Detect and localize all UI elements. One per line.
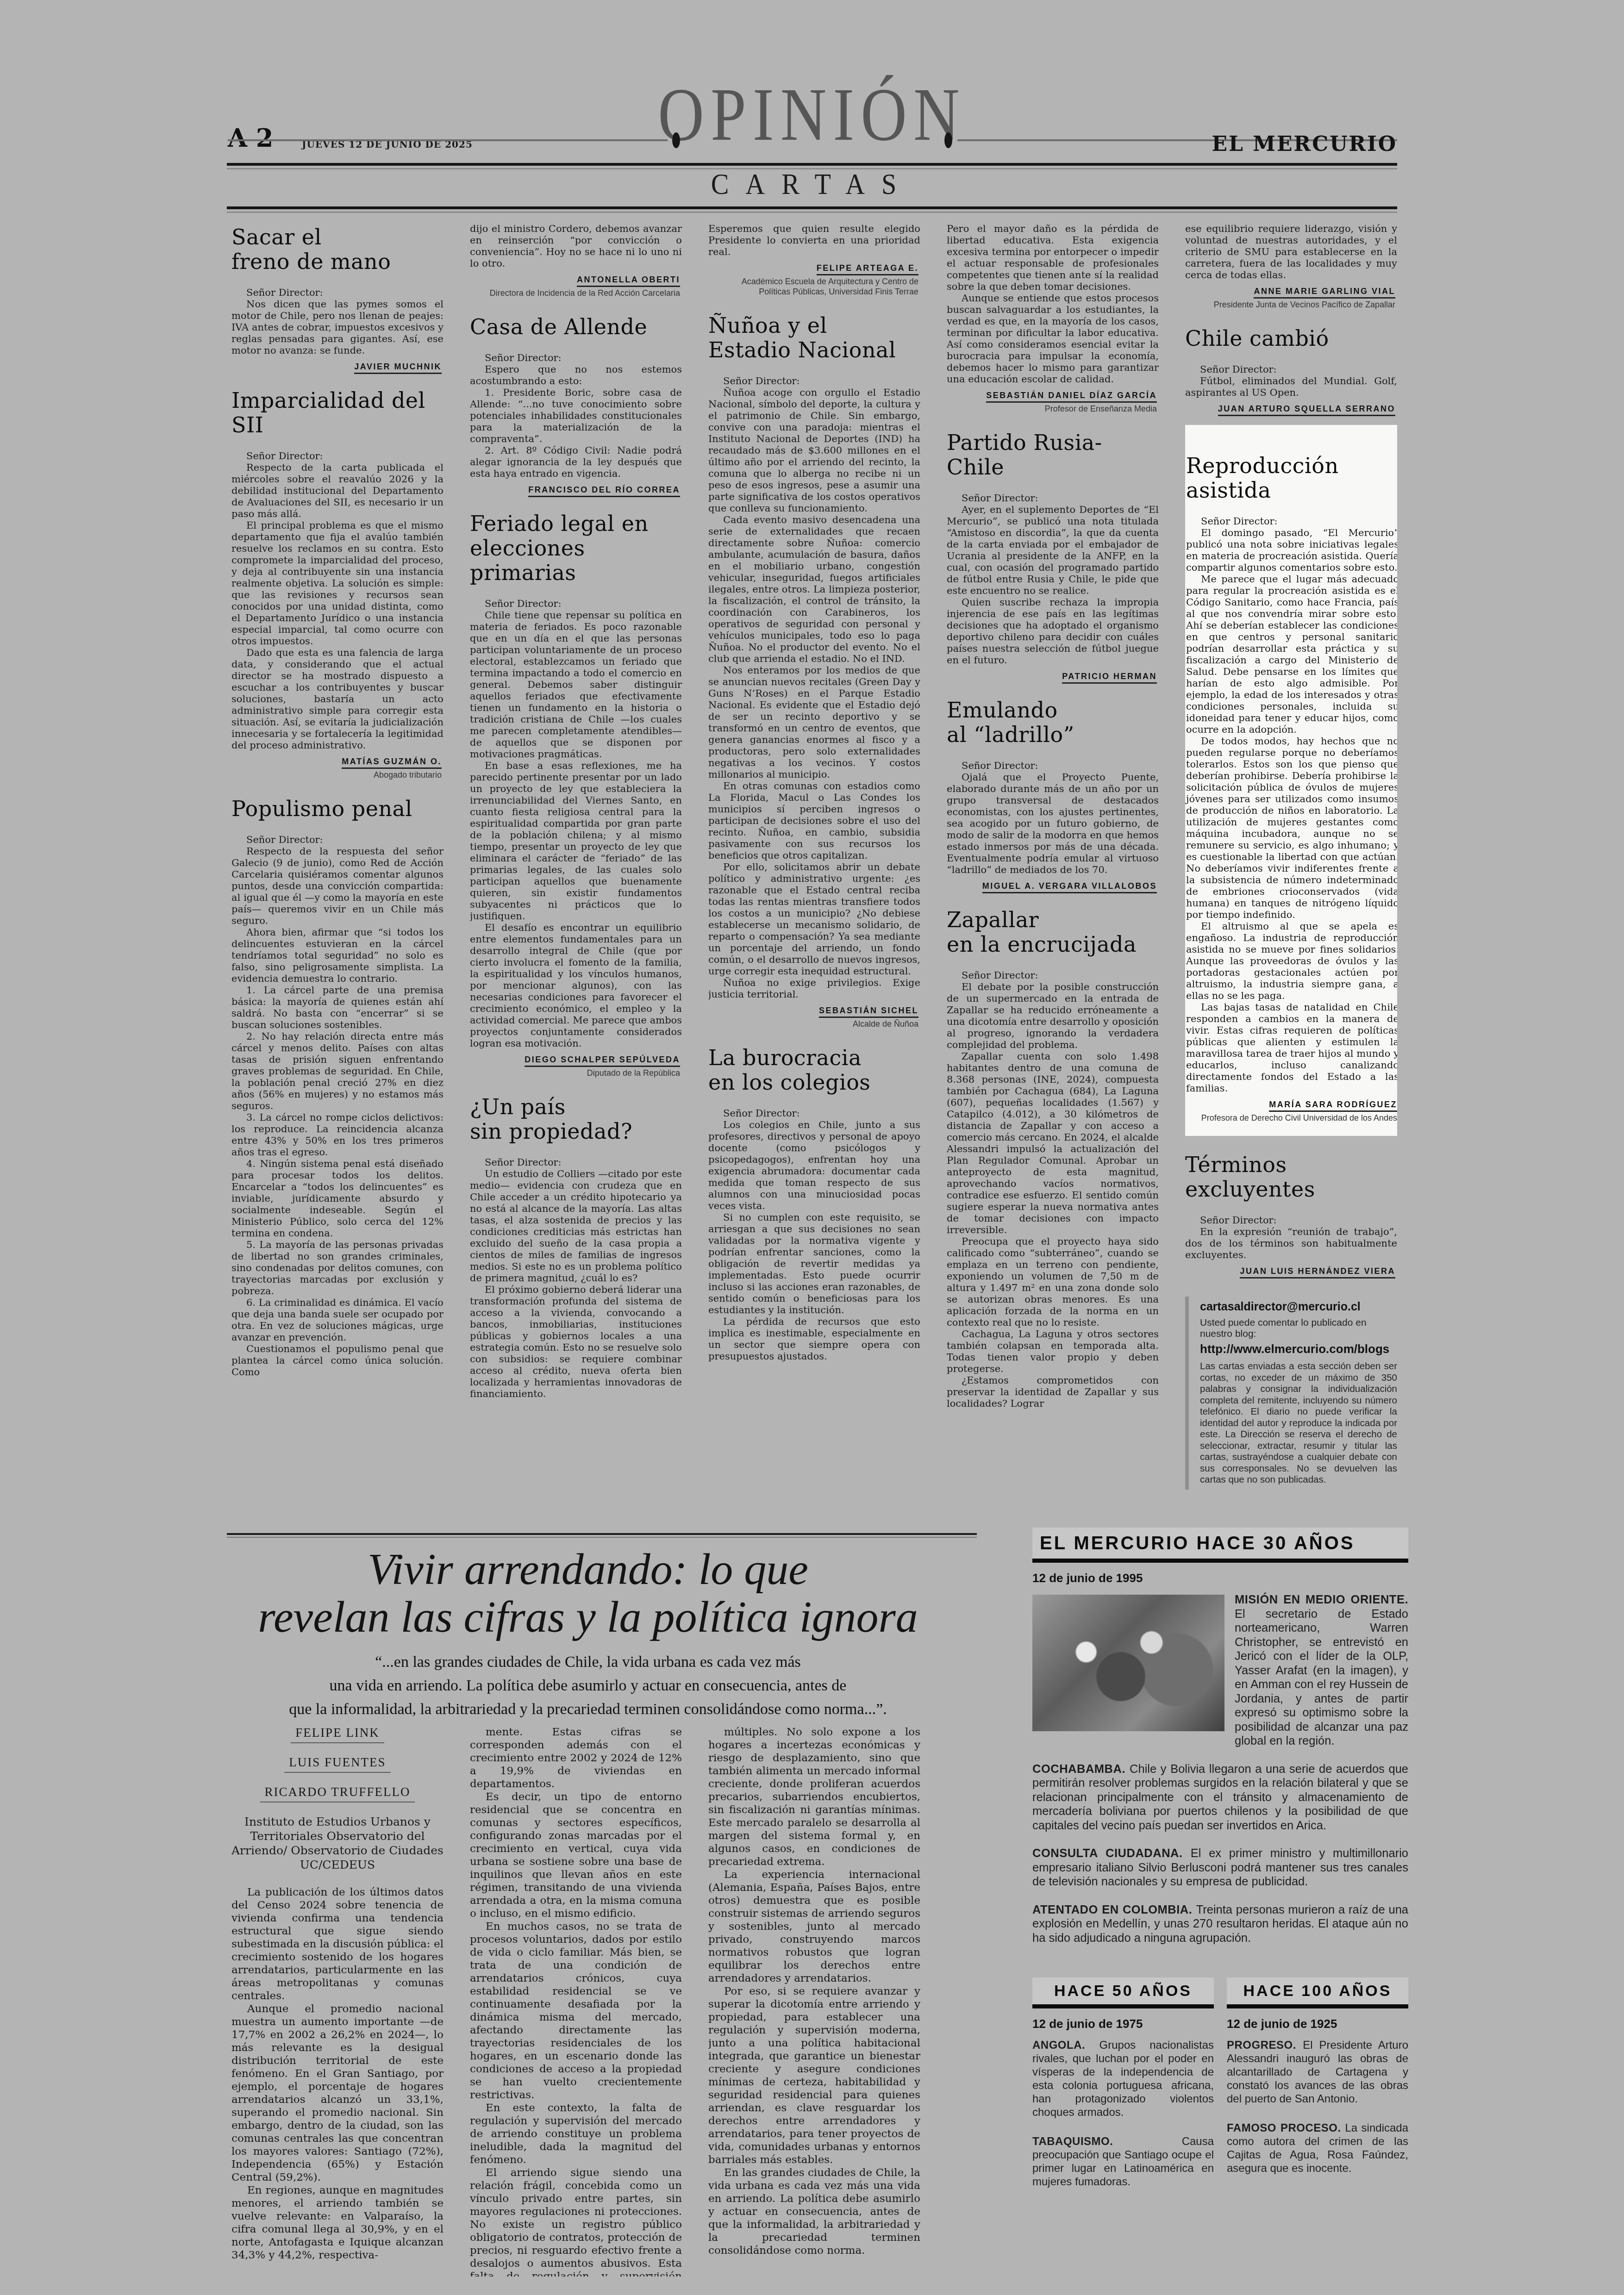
letter-paragraph: Ahora bien, afirmar que “si todos los de… [231, 927, 443, 985]
letter-continuation: Pero el mayor daño es la pérdida de libe… [947, 223, 1159, 414]
signature-name: PATRICIO HERMAN [1062, 672, 1157, 684]
signature-name: JAVIER MUCHNIK [354, 362, 442, 374]
signature-name: MIGUEL A. VERGARA VILLALOBOS [982, 881, 1157, 893]
feature-paragraph: Es decir, un tipo de entorno residencial… [470, 1790, 682, 1920]
feature-paragraph: mente. Estas cifras se corresponden adem… [470, 1726, 682, 1790]
letter-paragraph: Aunque se entiende que estos procesos bu… [947, 293, 1159, 385]
archive-entry-tag: FAMOSO PROCESO. [1227, 2122, 1345, 2134]
feature-divider-rule [227, 1533, 977, 1538]
signature: PATRICIO HERMAN [947, 672, 1157, 681]
letter-paragraph: Señor Director: [947, 760, 1159, 772]
letter: Populismo penalSeñor Director:Respecto d… [231, 797, 443, 1378]
archive-box-100-years: HACE 100 AÑOS 12 de junio de 1925 PROGRE… [1227, 1977, 1408, 2283]
signature: MIGUEL A. VERGARA VILLALOBOS [947, 881, 1157, 891]
letter: ¿Un paíssin propiedad?Señor Director:Un … [470, 1095, 682, 1400]
feature-paragraph: La publicación de los últimos datos del … [231, 1886, 443, 2002]
divider-rule [227, 206, 1397, 213]
archive-entry: PROGRESO. El Presidente Arturo Alessandr… [1227, 2039, 1408, 2106]
letter-paragraph: ¿Estamos comprometidos con preservar la … [947, 1375, 1159, 1409]
archive-entry-tag: TABAQUISMO. [1032, 2135, 1182, 2148]
archive-box-30-header: EL MERCURIO HACE 30 AÑOS [1032, 1528, 1408, 1563]
letters-column-2: dijo el ministro Cordero, debemos avanza… [470, 223, 682, 1525]
signature-role: Profesora de Derecho Civil Universidad d… [1186, 1113, 1397, 1123]
letter-paragraph: Los colegios en Chile, junto a sus profe… [708, 1119, 920, 1212]
archive-box-100-date: 12 de junio de 1925 [1227, 2017, 1408, 2031]
letter-paragraph: Si no cumplen con este requisito, se arr… [708, 1212, 920, 1316]
letter: Casa de AllendeSeñor Director:Espero que… [470, 315, 682, 495]
signature-role: Académico Escuela de Arquitectura y Cent… [708, 276, 918, 297]
letter-paragraph: Respecto de la carta publicada el miérco… [231, 462, 443, 520]
feature-author-name: FELIPE LINK [291, 1726, 384, 1743]
letter-paragraph: Cuestionamos el populismo penal que plan… [231, 1343, 443, 1378]
letter-paragraph: En otras comunas con estadios como La Fl… [708, 780, 920, 861]
signature-name: FRANCISCO DEL RÍO CORREA [528, 485, 680, 497]
letter-title: Sacar elfreno de mano [231, 225, 443, 274]
letter-paragraph: Ojalá que el Proyecto Puente, elaborado … [947, 772, 1159, 876]
letters-column-1: Sacar elfreno de manoSeñor Director:Nos … [231, 223, 443, 1525]
letter-paragraph: ese equilibrio requiere liderazgo, visió… [1185, 223, 1397, 281]
subsection-title: CARTAS [0, 167, 1624, 200]
letter-paragraph: Ñuñoa no exige privilegios. Exige justic… [708, 977, 920, 1000]
letter-paragraph: 4. Ningún sistema penal está diseñado pa… [231, 1158, 443, 1239]
newspaper-brand: EL MERCURIO [1212, 132, 1397, 156]
letter-paragraph: El altruismo al que se apela es engañoso… [1186, 921, 1397, 1002]
letter: Chile cambióSeñor Director:Fútbol, elimi… [1185, 326, 1397, 414]
letter-paragraph: dijo el ministro Cordero, debemos avanza… [470, 223, 682, 269]
letter: La burocraciaen los colegiosSeñor Direct… [708, 1046, 920, 1362]
letter-title: Chile cambió [1185, 326, 1397, 351]
signature: JUAN LUIS HERNÁNDEZ VIERA [1185, 1266, 1395, 1276]
letter-title: Ñuñoa y elEstadio Nacional [708, 313, 920, 362]
signature-name: MATÍAS GUZMÁN O. [342, 757, 442, 769]
signature-name: JUAN ARTURO SQUELLA SERRANO [1218, 404, 1395, 416]
letter-paragraph: Señor Director: [1186, 516, 1397, 527]
signature-role: Presidente Junta de Vecinos Pacífico de … [1185, 299, 1395, 310]
feature-paragraph: El arriendo sigue siendo una relación fr… [470, 2166, 682, 2276]
letter-paragraph: En base a esas reflexiones, me ha pareci… [470, 760, 682, 922]
feature-paragraph: En regiones, aunque en magnitudes menore… [231, 2184, 443, 2262]
letter-paragraph: Respecto de la respuesta del señor Galec… [231, 846, 443, 927]
letter: Emulandoal “ladrillo”Señor Director:Ojal… [947, 698, 1159, 891]
letter-paragraph: De todos modos, hay hechos que no pueden… [1186, 736, 1397, 921]
letter-paragraph: La pérdida de recursos que esto implica … [708, 1316, 920, 1362]
letter-paragraph: 1. Presidente Boric, sobre casa de Allen… [470, 387, 682, 445]
feature-column-3: múltiples. No solo expone a los hogares … [708, 1726, 920, 2276]
feature-author: RICARDO TRUFFELLO [231, 1785, 443, 1802]
signature-name: DIEGO SCHALPER SEPÚLVEDA [525, 1055, 680, 1067]
letter: Sacar elfreno de manoSeñor Director:Nos … [231, 225, 443, 372]
feature-author-name: LUIS FUENTES [284, 1755, 390, 1773]
signature-role: Alcalde de Ñuñoa [708, 1019, 918, 1029]
archive-photo-christopher-arafat [1032, 1595, 1224, 1731]
letter: Términos excluyentesSeñor Director:En la… [1185, 1153, 1397, 1276]
letters-email[interactable]: cartasaldirector@mercurio.cl [1200, 1300, 1397, 1314]
letter-paragraph: Las bajas tasas de natalidad en Chile re… [1186, 1002, 1397, 1094]
signature: JUAN ARTURO SQUELLA SERRANO [1185, 404, 1395, 414]
letter-paragraph: 2. No hay relación directa entre más cár… [231, 1031, 443, 1112]
letter: Partido Rusia-ChileSeñor Director:Ayer, … [947, 430, 1159, 681]
letter-paragraph: Señor Director: [708, 1108, 920, 1119]
archive-box-50-entries: ANGOLA. Grupos nacionalistas rivales, qu… [1032, 2039, 1214, 2189]
letter-continuation: Esperemos que quien resulte elegido Pres… [708, 223, 920, 297]
letter: Ñuñoa y elEstadio NacionalSeñor Director… [708, 313, 920, 1029]
archive-entry-tag: MISIÓN EN MEDIO ORIENTE. [1235, 1593, 1408, 1606]
signature: SEBASTIÁN DANIEL DÍAZ GARCÍA [947, 391, 1157, 400]
signature-role: Abogado tributario [231, 770, 442, 780]
letter-title: La burocraciaen los colegios [708, 1046, 920, 1095]
feature-author: LUIS FUENTES [231, 1755, 443, 1773]
letter-paragraph: El desafío es encontrar un equilibrio en… [470, 922, 682, 1049]
feature-paragraph: Aunque el promedio nacional muestra un a… [231, 2002, 443, 2184]
letter-paragraph: Señor Director: [947, 970, 1159, 981]
letter-paragraph: Preocupa que el proyecto haya sido calif… [947, 1236, 1159, 1328]
letters-info-box: cartasaldirector@mercurio.clUsted puede … [1185, 1297, 1397, 1490]
signature: ANTONELLA OBERTI [470, 275, 680, 285]
feature-headline: Vivir arrendando: lo querevelan las cifr… [218, 1545, 958, 1640]
letter-paragraph: Nos enteramos por los medios de que se a… [708, 665, 920, 780]
letter-title: Emulandoal “ladrillo” [947, 698, 1159, 747]
signature-role: Diputado de la República [470, 1068, 680, 1078]
letter-paragraph: Quien suscribe rechaza la impropia injer… [947, 597, 1159, 666]
letter-paragraph: Señor Director: [708, 375, 920, 387]
signature-name: ANNE MARIE GARLING VIAL [1254, 287, 1395, 299]
archive-box-50-header: HACE 50 AÑOS [1032, 1977, 1214, 2008]
letter-paragraph: Señor Director: [470, 352, 682, 364]
feature-paragraph: La experiencia internacional (Alemania, … [708, 1868, 920, 1985]
signature-name: SEBASTIÁN SICHEL [819, 1006, 918, 1018]
letter-paragraph: 1. La cárcel parte de una premisa básica… [231, 985, 443, 1031]
feature-column-1: FELIPE LINKLUIS FUENTESRICARDO TRUFFELLO… [231, 1726, 443, 2276]
letter-paragraph: Señor Director: [231, 834, 443, 846]
letter-paragraph: Señor Director: [231, 287, 443, 299]
signature-name: ANTONELLA OBERTI [577, 275, 680, 287]
archive-box-50-years: HACE 50 AÑOS 12 de junio de 1975 ANGOLA.… [1032, 1977, 1214, 2283]
masthead-ornament-icon [672, 132, 680, 148]
feature-column-2: mente. Estas cifras se corresponden adem… [470, 1726, 682, 2276]
signature: ANNE MARIE GARLING VIAL [1185, 287, 1395, 296]
archive-box-100-header: HACE 100 AÑOS [1227, 1977, 1408, 2008]
letter-title: ¿Un paíssin propiedad? [470, 1095, 682, 1144]
letter-paragraph: Espero que no nos estemos acostumbrando … [470, 364, 682, 387]
signature: MARÍA SARA RODRÍGUEZ [1186, 1100, 1397, 1110]
archive-entry-tag: PROGRESO. [1227, 2039, 1303, 2052]
archive-entry-tag: CONSULTA CIUDADANA. [1032, 1847, 1191, 1860]
letter-paragraph: El domingo pasado, “El Mercurio” publicó… [1186, 527, 1397, 574]
letter-paragraph: Fútbol, eliminados del Mundial. Golf, as… [1185, 375, 1397, 399]
feature-paragraph: múltiples. No solo expone a los hogares … [708, 1726, 920, 1868]
signature-name: JUAN LUIS HERNÁNDEZ VIERA [1240, 1266, 1395, 1278]
letter-paragraph: Nos dicen que las pymes somos el motor d… [231, 299, 443, 356]
masthead-ornament-icon [944, 132, 952, 148]
letter-paragraph: El próximo gobierno deberá liderar una t… [470, 1284, 682, 1400]
letter: Zapallaren la encrucijadaSeñor Director:… [947, 908, 1159, 1409]
feature-institution: Instituto de Estudios Urbanos y Territor… [231, 1815, 443, 1872]
signature: FELIPE ARTEAGA E. [708, 263, 918, 273]
letter-title: Zapallaren la encrucijada [947, 908, 1159, 957]
letter-paragraph: 2. Art. 8º Código Civil: Nadie podrá ale… [470, 445, 682, 480]
letter-title: Reproducciónasistida [1186, 454, 1397, 503]
letter-paragraph: En la expresión “reunión de trabajo”, do… [1185, 1226, 1397, 1261]
letter-paragraph: Ayer, en el suplemento Deportes de “El M… [947, 504, 1159, 597]
feature-paragraph: En este contexto, la falta de regulación… [470, 2102, 682, 2166]
letter-paragraph: Cada evento masivo desencadena una serie… [708, 514, 920, 665]
signature: SEBASTIÁN SICHEL [708, 1006, 918, 1016]
feature-paragraph: Por eso, si se requiere avanzar y supera… [708, 1985, 920, 2166]
letters-rules: Las cartas enviadas a esta sección deben… [1200, 1361, 1397, 1486]
letters-blog-note: Usted puede comentar lo publicado en nue… [1200, 1317, 1397, 1340]
signature: MATÍAS GUZMÁN O. [231, 757, 442, 767]
letter-title: Partido Rusia-Chile [947, 430, 1159, 480]
letter-paragraph: Señor Director: [947, 493, 1159, 504]
letter-continuation: dijo el ministro Cordero, debemos avanza… [470, 223, 682, 298]
letter-paragraph: Señor Director: [470, 598, 682, 610]
letter-paragraph: El debate por la posible construcción de… [947, 981, 1159, 1051]
letter-continuation: ese equilibrio requiere liderazgo, visió… [1185, 223, 1397, 310]
letter-paragraph: Pero el mayor daño es la pérdida de libe… [947, 223, 1159, 293]
letter-title: Populismo penal [231, 797, 443, 821]
archive-entry-tag: ANGOLA. [1032, 2039, 1099, 2052]
signature-role: Directora de Incidencia de la Red Acción… [470, 288, 680, 298]
feature-paragraph: En las grandes ciudades de Chile, la vid… [708, 2166, 920, 2257]
archive-entry-tag: ATENTADO EN COLOMBIA. [1032, 1903, 1196, 1916]
letter: ReproducciónasistidaSeñor Director:El do… [1185, 425, 1397, 1136]
archive-entry: COCHABAMBA. Chile y Bolivia llegaron a u… [1032, 1762, 1408, 1833]
letter-paragraph: Señor Director: [1185, 364, 1397, 375]
signature-name: SEBASTIÁN DANIEL DÍAZ GARCÍA [986, 391, 1157, 403]
masthead-rule-left [228, 139, 668, 141]
letter-paragraph: Cachagua, La Laguna y otros sectores tam… [947, 1328, 1159, 1375]
archive-box-100-entries: PROGRESO. El Presidente Arturo Alessandr… [1227, 2039, 1408, 2175]
letter-title: Términos excluyentes [1185, 1153, 1397, 1202]
letters-column-3: Esperemos que quien resulte elegido Pres… [708, 223, 920, 1525]
archive-entry: FAMOSO PROCESO. La sindicada como autora… [1227, 2121, 1408, 2175]
signature: DIEGO SCHALPER SEPÚLVEDA [470, 1055, 680, 1065]
letter-paragraph: Señor Director: [231, 450, 443, 462]
signature: JAVIER MUCHNIK [231, 362, 442, 372]
letter-title: Feriado legal enelecciones primarias [470, 511, 682, 585]
archive-entry: ANGOLA. Grupos nacionalistas rivales, qu… [1032, 2039, 1214, 2119]
archive-entry: CONSULTA CIUDADANA. El ex primer ministr… [1032, 1846, 1408, 1889]
signature: FRANCISCO DEL RÍO CORREA [470, 485, 680, 495]
archive-box-50-date: 12 de junio de 1975 [1032, 2017, 1214, 2031]
letter-paragraph: Señor Director: [470, 1157, 682, 1168]
archive-entry-tag: COCHABAMBA. [1032, 1763, 1130, 1776]
letter-paragraph: Por ello, solicitamos abrir un debate po… [708, 861, 920, 977]
letter-paragraph: Zapallar cuenta con solo 1.498 habitante… [947, 1051, 1159, 1236]
feature-pull-quote: “...en las grandes ciudades de Chile, la… [204, 1650, 972, 1721]
feature-author-name: RICARDO TRUFFELLO [260, 1785, 415, 1802]
letter-paragraph: 3. La cárcel no rompe ciclos delictivos:… [231, 1112, 443, 1158]
letter-paragraph: Esperemos que quien resulte elegido Pres… [708, 223, 920, 258]
feature-authors: FELIPE LINKLUIS FUENTESRICARDO TRUFFELLO [231, 1726, 443, 1802]
letter-paragraph: Me parece que el lugar más adecuado para… [1186, 574, 1397, 736]
archive-entry: TABAQUISMO. Causa preocupación que Santi… [1032, 2135, 1214, 2189]
signature-name: FELIPE ARTEAGA E. [817, 263, 918, 275]
letters-column-5: ese equilibrio requiere liderazgo, visió… [1185, 223, 1397, 1525]
letter-paragraph: Chile tiene que repensar su política en … [470, 610, 682, 760]
archive-box-30-date: 12 de junio de 1995 [1032, 1571, 1408, 1585]
letter-title: Imparcialidad del SII [231, 388, 443, 437]
newspaper-page: { "header": { "edition": "A 2", "date": … [0, 0, 1624, 2295]
signature-name: MARÍA SARA RODRÍGUEZ [1269, 1100, 1397, 1112]
letter-paragraph: Un estudio de Colliers —citado por este … [470, 1168, 682, 1284]
archive-box-30-years: EL MERCURIO HACE 30 AÑOS 12 de junio de … [1032, 1528, 1408, 1967]
letter-paragraph: El principal problema es que el mismo de… [231, 520, 443, 647]
feature-author: FELIPE LINK [231, 1726, 443, 1743]
letter-paragraph: Ñuñoa acoge con orgullo el Estadio Nacio… [708, 387, 920, 514]
letter: Imparcialidad del SIISeñor Director:Resp… [231, 388, 443, 780]
feature-paragraph: En muchos casos, no se trata de procesos… [470, 1920, 682, 2102]
letters-blog-url[interactable]: http://www.elmercurio.com/blogs [1200, 1342, 1397, 1356]
letter-title: Casa de Allende [470, 315, 682, 339]
letter-paragraph: 6. La criminalidad es dinámica. El vacío… [231, 1297, 443, 1343]
signature-role: Profesor de Enseñanza Media [947, 404, 1157, 414]
letter: Feriado legal enelecciones primariasSeño… [470, 511, 682, 1078]
archive-entry: ATENTADO EN COLOMBIA. Treinta personas m… [1032, 1903, 1408, 1946]
letters-column-4: Pero el mayor daño es la pérdida de libe… [947, 223, 1159, 1525]
letter-paragraph: Señor Director: [1185, 1215, 1397, 1226]
letter-paragraph: 5. La mayoría de las personas privadas d… [231, 1239, 443, 1297]
letter-paragraph: Dado que esta es una falencia de larga d… [231, 647, 443, 751]
